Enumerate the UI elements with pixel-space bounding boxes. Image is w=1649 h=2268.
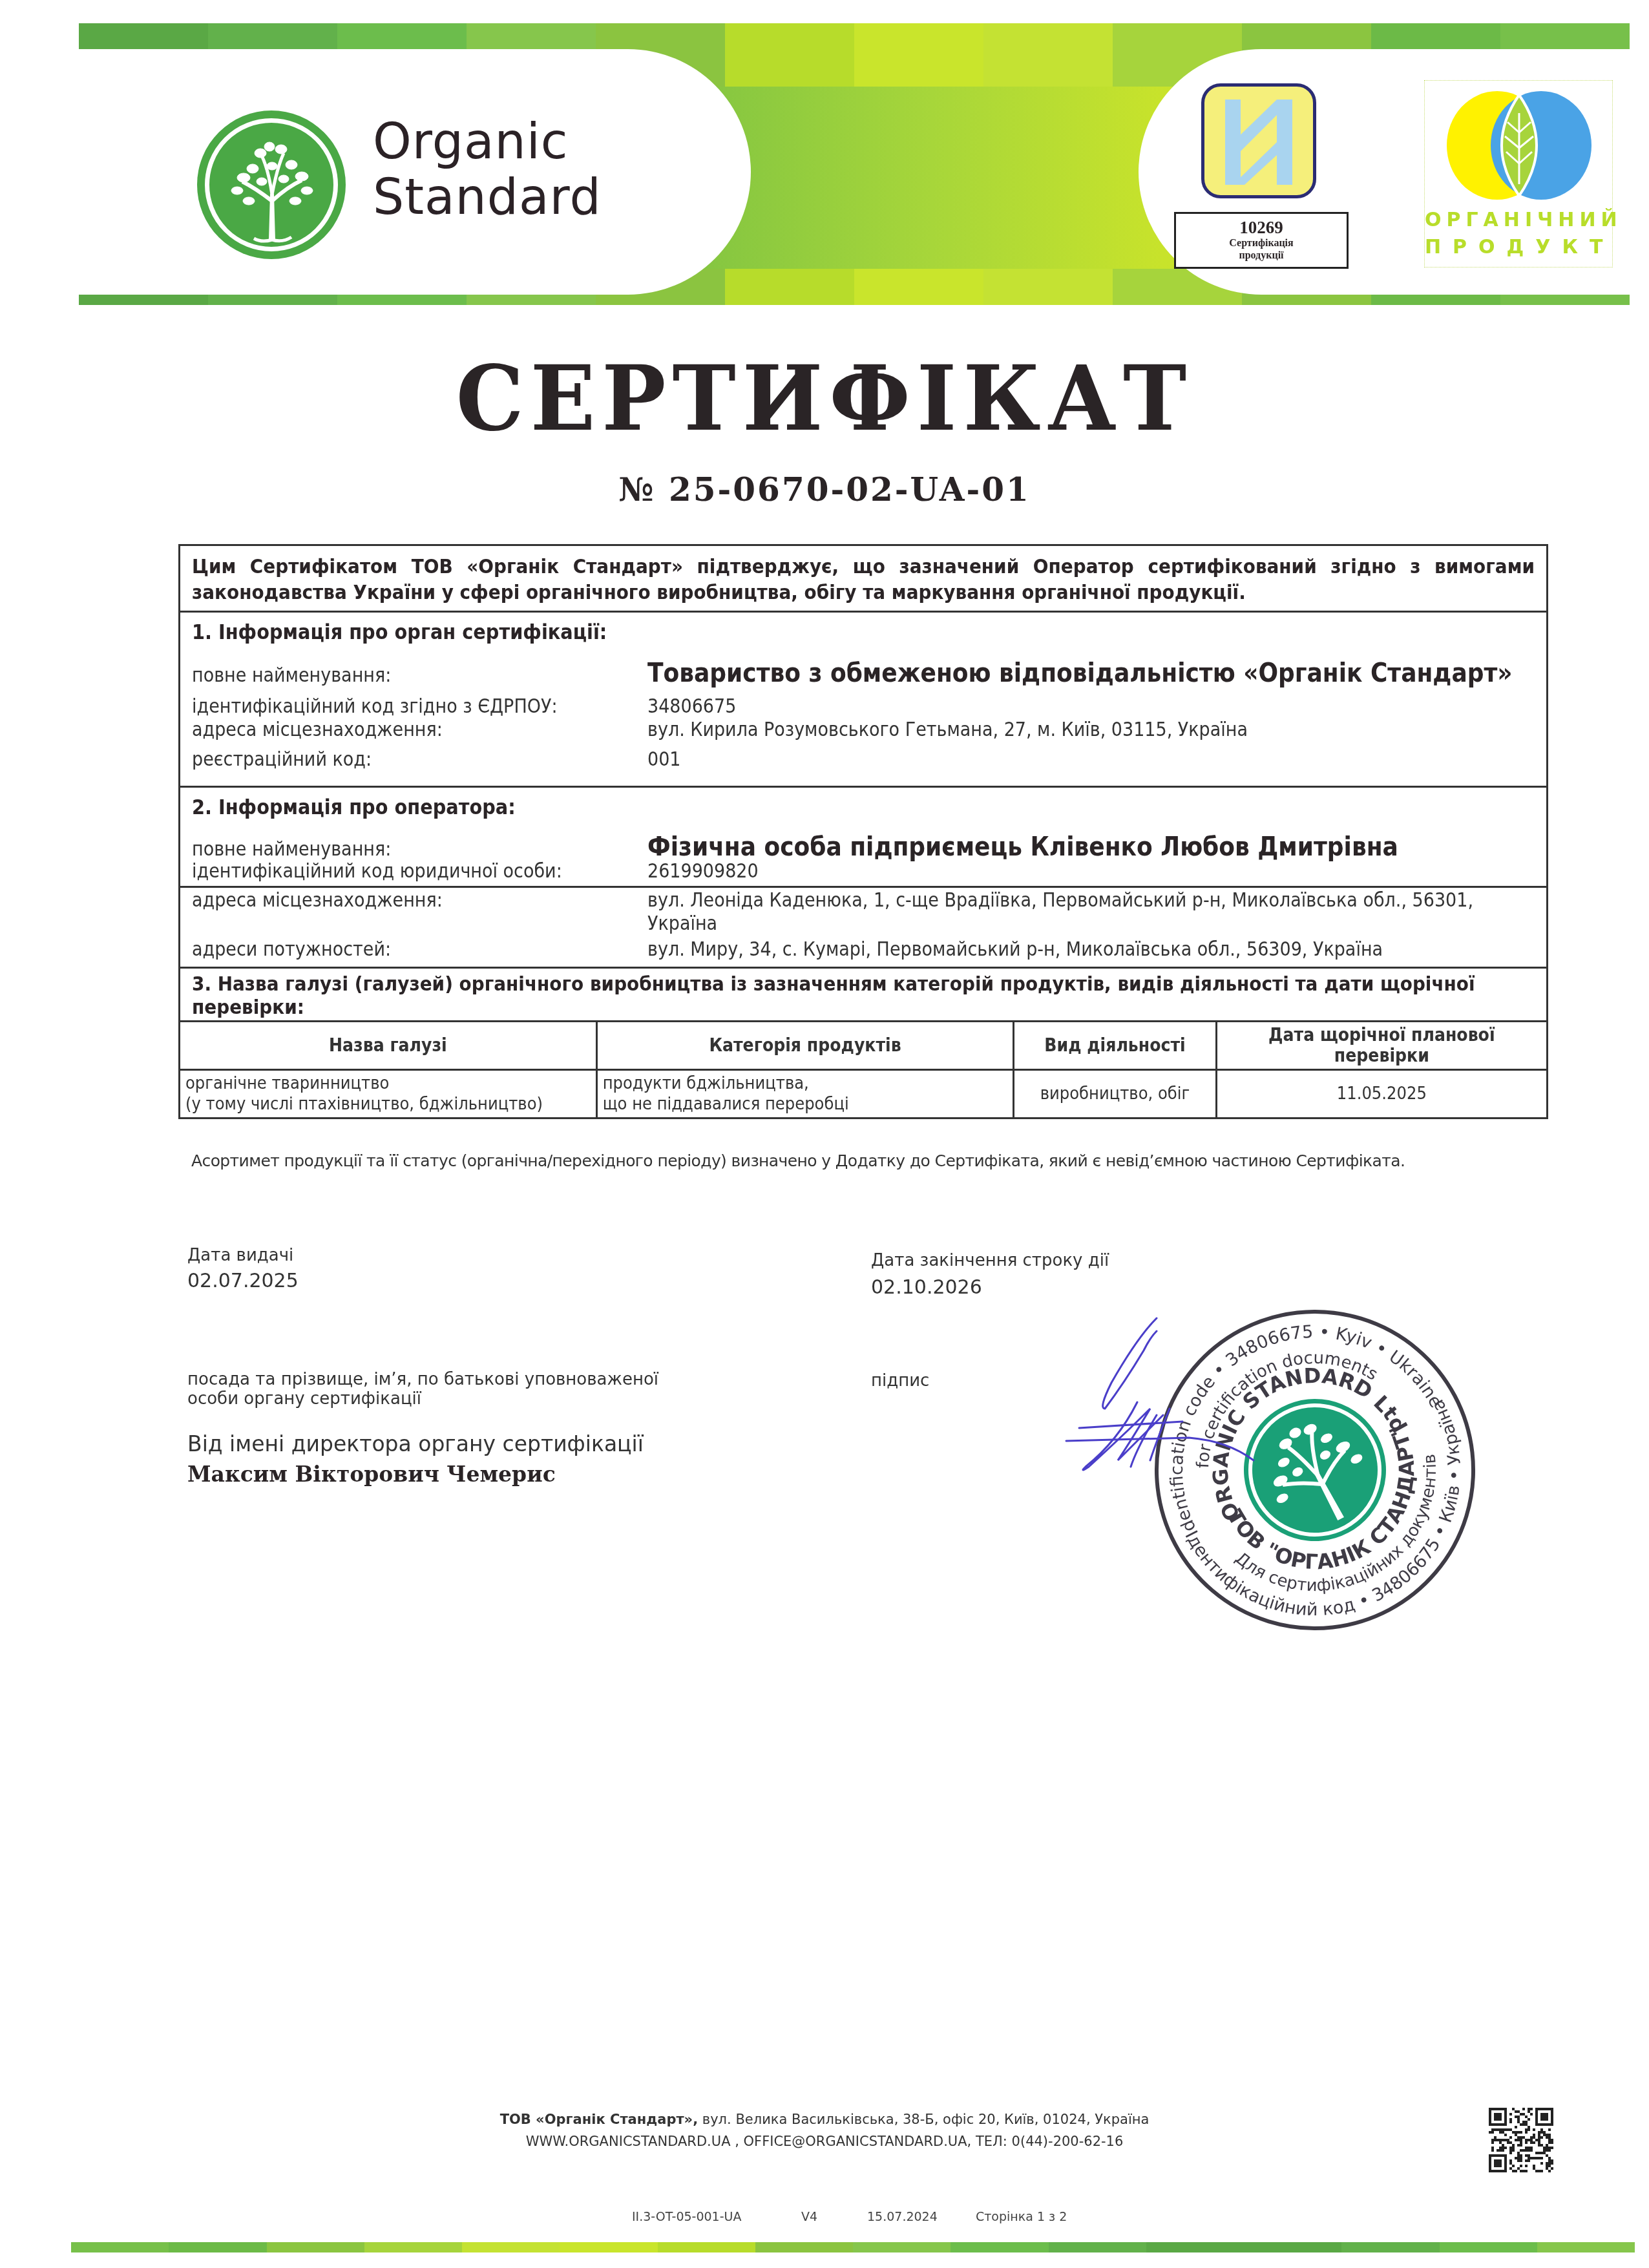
accreditation-caption: продукції [1176,249,1347,262]
section-operator-addresses: адреса місцезнаходження: вул. Леоніда Ка… [180,888,1546,969]
assortment-note: Асортимет продукції та її статус (органі… [191,1151,1405,1170]
field-label: повне найменування: [192,838,647,861]
signature-label: підпис [871,1371,929,1391]
field-row: адреси потужностей: вул. Миру, 34, с. Ку… [192,938,1535,961]
field-label: ідентифікаційний код згідно з ЄДРПОУ: [192,695,647,719]
accreditation-caption: Сертифікація [1176,237,1347,249]
section-heading: 2. Інформація про оператора: [192,793,1535,821]
section-heading: 1. Інформація про орган сертифікації: [192,618,1535,646]
brand-name-line2: Standard [373,169,602,225]
document-date: 15.07.2024 [867,2210,938,2224]
category-note: що не піддавалися переробці [603,1094,1008,1115]
footer-address: ТОВ «Органік Стандарт», вул. Велика Васи… [0,2112,1649,2127]
document-title: СЕРТИФІКАТ [0,346,1649,452]
ukrainian-certification-mark-icon [1201,83,1316,198]
industry-table: Назва галузі Категорія продуктів Вид дія… [178,1020,1548,1119]
brand-name: Organic Standard [373,114,602,225]
field-row: ідентифікаційний код згідно з ЄДРПОУ: 34… [192,695,1535,719]
expiry-date-label: Дата закінчення строку дії [871,1251,1109,1270]
table-row: органічне тваринництво (у тому числі пта… [180,1070,1548,1118]
field-value: Товариство з обмеженою відповідальністю … [647,656,1535,690]
organic-mark-text: ПРОДУКТ [1425,236,1612,258]
field-value: Фізична особа підприємець Клівенко Любов… [647,830,1535,864]
field-row: адреса місцезнаходження: вул. Леоніда Ка… [192,889,1535,936]
on-behalf-text: Від імені директора органу сертифікації [187,1431,644,1456]
accreditation-box: 10269 Сертифікація продукції [1174,212,1349,269]
section-industry: 3. Назва галузі (галузей) органічного ви… [180,969,1546,1119]
field-label: ідентифікаційний код юридичної особи: [192,860,647,883]
industry-cell: органічне тваринництво (у тому числі пта… [180,1070,597,1118]
handwritten-signature-icon [1060,1312,1266,1480]
qr-code-icon[interactable] [1488,2108,1554,2172]
inspection-date-cell: 11.05.2025 [1216,1070,1547,1118]
organic-standard-tree-logo-icon [197,110,346,259]
field-row: повне найменування: Фізична особа підпри… [192,830,1535,864]
column-header: Вид діяльності [1014,1022,1216,1070]
issue-date-value: 02.07.2025 [187,1270,299,1292]
column-header: Категорія продуктів [596,1022,1014,1070]
page-indicator: Сторінка 1 з 2 [976,2210,1067,2224]
header-banner: Organic Standard 10269 Сертифікація прод… [79,23,1630,308]
field-value: вул. Кирила Розумовського Гетьмана, 27, … [647,719,1535,742]
brand-name-line1: Organic [373,114,602,169]
activity-cell: виробництво, обіг [1014,1070,1216,1118]
field-value: 001 [647,748,1535,772]
section-certification-body: 1. Інформація про орган сертифікації: по… [180,613,1546,788]
field-label: адреси потужностей: [192,938,647,961]
field-label: повне найменування: [192,664,647,688]
footer-company: ТОВ «Органік Стандарт», [500,2112,698,2127]
intro-statement: Цим Сертифікатом ТОВ «Органік Стандарт» … [180,546,1546,613]
field-row: повне найменування: Товариство з обмежен… [192,656,1535,690]
signer-name: Максим Вікторович Чемерис [187,1462,556,1487]
expiry-date-value: 02.10.2026 [871,1276,982,1299]
certificate-number: № 25-0670-02-UA-01 [0,470,1649,509]
footer-stripe [71,2242,1635,2252]
position-label-line: посада та прізвище, ім’я, по батькові уп… [187,1370,658,1389]
position-label-line: особи органу сертифікації [187,1389,658,1409]
column-header: Дата щорічної планової перевірки [1216,1022,1547,1070]
field-value: вул. Леоніда Каденюка, 1, с-ще Врадіївка… [647,889,1535,936]
section-operator: 2. Інформація про оператора: повне найме… [180,788,1546,888]
field-value: 2619909820 [647,860,1535,883]
footer-contacts[interactable]: WWW.ORGANICSTANDARD.UA , OFFICE@ORGANICS… [0,2134,1649,2149]
field-row: адреса місцезнаходження: вул. Кирила Роз… [192,719,1535,742]
category-cell: продукти бджільництва, що не піддавалися… [596,1070,1014,1118]
field-row: ідентифікаційний код юридичної особи: 26… [192,860,1535,883]
field-label: реєстраційний код: [192,748,647,772]
position-label: посада та прізвище, ім’я, по батькові уп… [187,1370,658,1409]
organic-mark-text: ОРГАНІЧНИЙ [1425,209,1612,231]
organic-product-leaf-icon [1425,81,1613,210]
field-label: адреса місцезнаходження: [192,719,647,742]
accreditation-number: 10269 [1176,218,1347,237]
field-value: 34806675 [647,695,1535,719]
document-version: V4 [801,2210,817,2224]
section-heading-wrap: 3. Назва галузі (галузей) органічного ви… [180,969,1546,1020]
industry-note: (у тому числі птахівництво, бджільництво… [185,1094,591,1115]
field-label: адреса місцезнаходження: [192,889,647,912]
table-header-row: Назва галузі Категорія продуктів Вид дія… [180,1022,1548,1070]
issue-date-label: Дата видачі [187,1246,293,1265]
column-header: Назва галузі [180,1022,597,1070]
organic-product-mark: ОРГАНІЧНИЙ ПРОДУКТ [1424,80,1613,268]
field-row: реєстраційний код: 001 [192,748,1535,772]
field-value: вул. Миру, 34, с. Кумарі, Первомайський … [647,938,1535,961]
document-code: II.3-OT-05-001-UA [632,2210,741,2224]
certificate-form: Цим Сертифікатом ТОВ «Органік Стандарт» … [178,544,1548,1119]
category-name: продукти бджільництва, [603,1073,1008,1094]
section-heading: 3. Назва галузі (галузей) органічного ви… [192,972,1535,1019]
footer-address-text: вул. Велика Васильківська, 38-Б, офіс 20… [698,2112,1149,2127]
industry-name: органічне тваринництво [185,1073,591,1094]
